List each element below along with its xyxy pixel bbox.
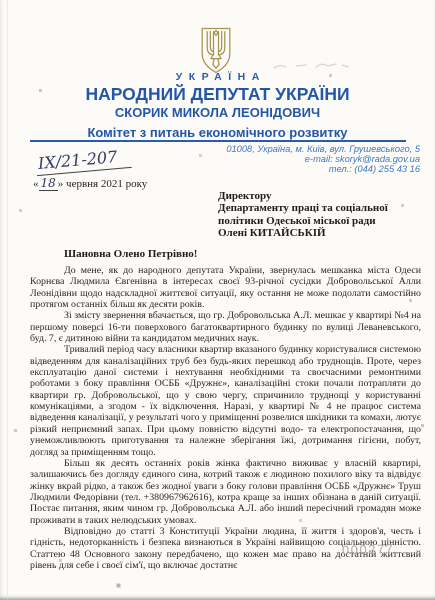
country-label: УКРАЇНА	[0, 71, 435, 83]
scanned-letter: УКРАЇНА НАРОДНИЙ ДЕПУТАТ УКРАЇНИ СКОРИК …	[0, 0, 435, 600]
paragraph: Тривалий період часу власники квартир вк…	[30, 344, 421, 457]
salutation: Шановна Олено Петрівно!	[64, 248, 197, 260]
contact-phone: тел.: (044) 255 43 16	[226, 165, 420, 175]
recipient-block: Директору Департаменту праці та соціальн…	[218, 190, 388, 240]
handwritten-day: 18	[39, 176, 58, 191]
date-open-quote: «	[33, 178, 39, 190]
tryzub-emblem-icon	[197, 26, 235, 75]
recipient-line: Олені КИТАЙСЬКІЙ	[218, 227, 388, 239]
date-line: «18» червня 2021 року	[33, 176, 147, 190]
letterhead-divider	[30, 140, 406, 142]
paragraph: До мене, як до народного депутата Україн…	[30, 265, 421, 310]
recipient-line: Департаменту праці та соціальної	[218, 202, 388, 214]
committee-name: Комітет з питань економічного розвитку	[0, 125, 435, 140]
paragraph: Більш як десять останніх років жінка фак…	[30, 458, 421, 526]
handwritten-ref-number: ІХ/21-207	[35, 146, 132, 176]
contact-block: 01008, Україна, м. Київ, вул. Грушевсько…	[226, 145, 420, 174]
date-printed: » червня 2021 року	[58, 178, 148, 190]
letterhead-title: НАРОДНИЙ ДЕПУТАТ УКРАЇНИ	[0, 84, 435, 105]
deputy-name: СКОРИК МИКОЛА ЛЕОНІДОВИЧ	[0, 105, 435, 120]
recipient-line: Директору	[218, 190, 388, 202]
scan-speckles	[0, 0, 1, 1]
letter-body: До мене, як до народного депутата Україн…	[30, 265, 421, 571]
recipient-line: політики Одеської міської ради	[218, 215, 388, 227]
pencil-mark	[272, 58, 350, 74]
scan-bottom-shadow	[0, 596, 435, 600]
registration-stamp-number: 000277	[342, 541, 395, 558]
paragraph: Зі змісту звернення вбачається, що гр. Д…	[30, 310, 421, 344]
